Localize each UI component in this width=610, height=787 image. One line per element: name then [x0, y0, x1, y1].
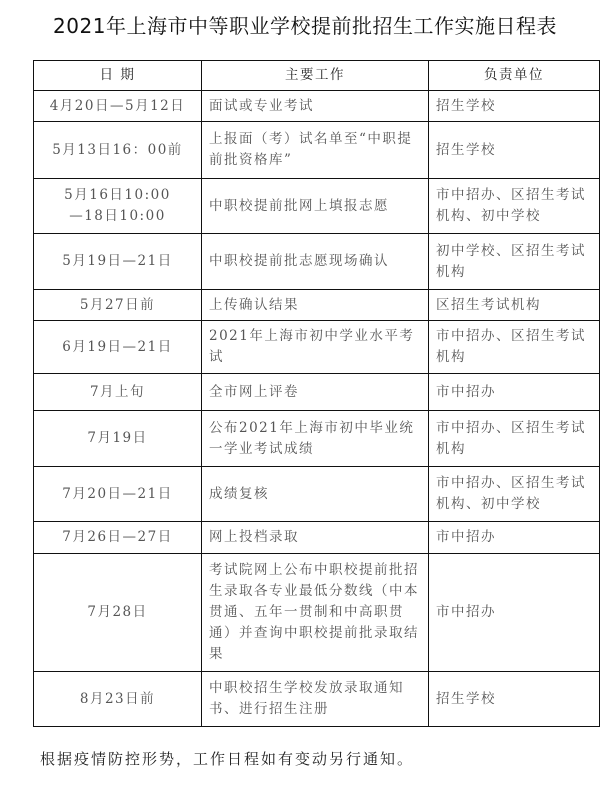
main-work-cell: 2021年上海市初中学业水平考试 [202, 321, 429, 374]
date-cell: 7月26日—27日 [34, 522, 202, 554]
date-cell: 7月20日—21日 [34, 467, 202, 522]
responsible-unit-cell: 招生学校 [429, 122, 600, 179]
date-cell: 8月23日前 [34, 672, 202, 727]
main-work-cell: 中职校提前批网上填报志愿 [202, 179, 429, 234]
main-work-cell: 成绩复核 [202, 467, 429, 522]
responsible-unit-cell: 市中招办 [429, 522, 600, 554]
page-title: 2021年上海市中等职业学校提前批招生工作实施日程表 [0, 10, 610, 39]
responsible-unit-cell: 市中招办 [429, 374, 600, 411]
date-cell: 5月27日前 [34, 290, 202, 321]
responsible-unit-cell: 市中招办、区招生考试机构、初中学校 [429, 467, 600, 522]
date-cell: 5月13日16：00前 [34, 122, 202, 179]
table-row: 6月19日—21日2021年上海市初中学业水平考试市中招办、区招生考试机构 [34, 321, 600, 374]
date-cell: 5月19日—21日 [34, 234, 202, 290]
table-header-row: 日 期 主要工作 负责单位 [34, 61, 600, 91]
table-row: 7月19日公布2021年上海市初中毕业统一学业考试成绩市中招办、区招生考试机构 [34, 411, 600, 467]
main-work-cell: 中职校招生学校发放录取通知书、进行招生注册 [202, 672, 429, 727]
table-row: 7月上旬全市网上评卷市中招办 [34, 374, 600, 411]
date-cell: 4月20日—5月12日 [34, 91, 202, 122]
schedule-table: 日 期 主要工作 负责单位 4月20日—5月12日面试或专业考试招生学校5月13… [33, 60, 600, 727]
main-work-cell: 上传确认结果 [202, 290, 429, 321]
header-responsible-unit: 负责单位 [429, 61, 600, 91]
table-row: 5月19日—21日中职校提前批志愿现场确认初中学校、区招生考试机构 [34, 234, 600, 290]
table-row: 7月26日—27日网上投档录取市中招办 [34, 522, 600, 554]
date-cell: 7月19日 [34, 411, 202, 467]
date-cell: 7月28日 [34, 554, 202, 672]
main-work-cell: 上报面（考）试名单至“中职提前批资格库” [202, 122, 429, 179]
table-row: 5月13日16：00前上报面（考）试名单至“中职提前批资格库”招生学校 [34, 122, 600, 179]
table-row: 8月23日前中职校招生学校发放录取通知书、进行招生注册招生学校 [34, 672, 600, 727]
date-cell: 6月19日—21日 [34, 321, 202, 374]
header-main-work: 主要工作 [202, 61, 429, 91]
responsible-unit-cell: 市中招办 [429, 554, 600, 672]
responsible-unit-cell: 市中招办、区招生考试机构 [429, 411, 600, 467]
header-date: 日 期 [34, 61, 202, 91]
main-work-cell: 网上投档录取 [202, 522, 429, 554]
table-row: 7月28日考试院网上公布中职校提前批招生录取各专业最低分数线（中本贯通、五年一贯… [34, 554, 600, 672]
responsible-unit-cell: 招生学校 [429, 91, 600, 122]
footnote: 根据疫情防控形势，工作日程如有变动另行通知。 [40, 748, 414, 769]
date-cell: 7月上旬 [34, 374, 202, 411]
responsible-unit-cell: 招生学校 [429, 672, 600, 727]
responsible-unit-cell: 市中招办、区招生考试机构、初中学校 [429, 179, 600, 234]
main-work-cell: 全市网上评卷 [202, 374, 429, 411]
table-row: 7月20日—21日成绩复核市中招办、区招生考试机构、初中学校 [34, 467, 600, 522]
main-work-cell: 面试或专业考试 [202, 91, 429, 122]
main-work-cell: 中职校提前批志愿现场确认 [202, 234, 429, 290]
date-cell: 5月16日10:00 —18日10:00 [34, 179, 202, 234]
responsible-unit-cell: 区招生考试机构 [429, 290, 600, 321]
table-row: 5月16日10:00 —18日10:00中职校提前批网上填报志愿市中招办、区招生… [34, 179, 600, 234]
main-work-cell: 考试院网上公布中职校提前批招生录取各专业最低分数线（中本贯通、五年一贯制和中高职… [202, 554, 429, 672]
table-row: 5月27日前上传确认结果区招生考试机构 [34, 290, 600, 321]
table-row: 4月20日—5月12日面试或专业考试招生学校 [34, 91, 600, 122]
responsible-unit-cell: 市中招办、区招生考试机构 [429, 321, 600, 374]
main-work-cell: 公布2021年上海市初中毕业统一学业考试成绩 [202, 411, 429, 467]
responsible-unit-cell: 初中学校、区招生考试机构 [429, 234, 600, 290]
